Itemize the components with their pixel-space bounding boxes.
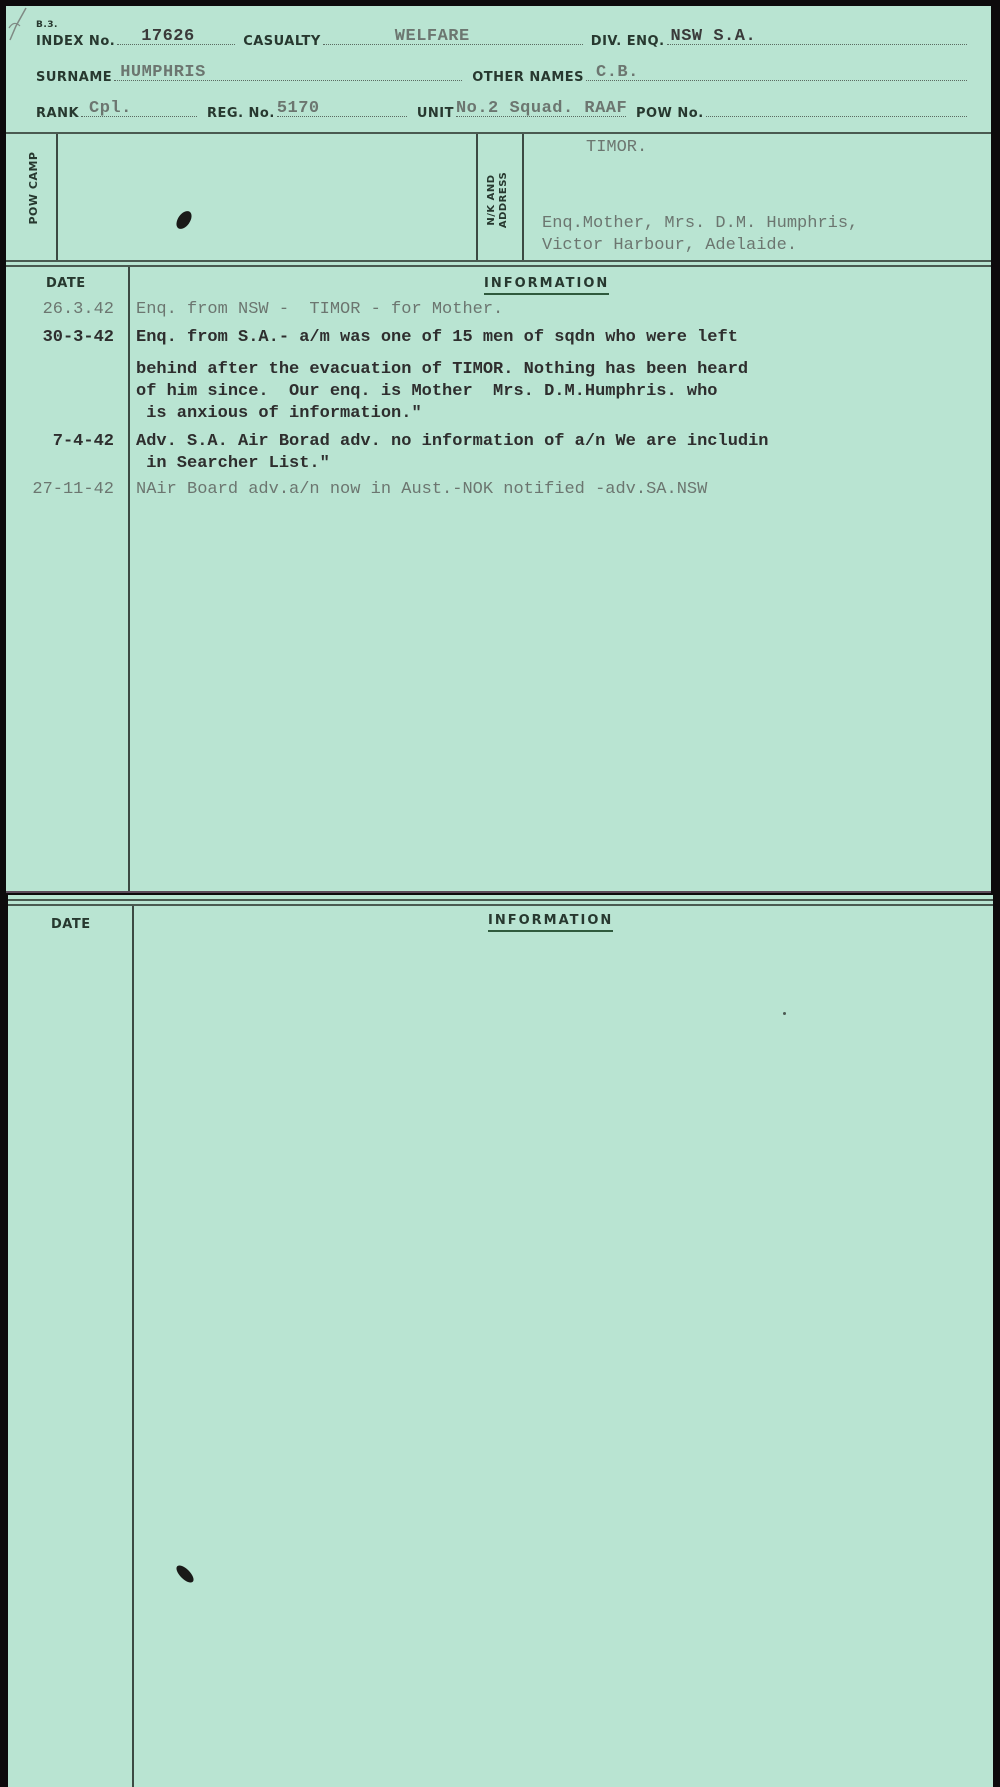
entry-text: in Searcher List."	[136, 454, 330, 473]
rank-field: Cpl.	[81, 102, 197, 117]
reg-no-label: REG. No.	[207, 106, 275, 121]
nk-address-line: TIMOR.	[586, 138, 647, 157]
casualty-label: CASUALTY	[243, 34, 321, 49]
nk-address-line: Victor Harbour, Adelaide.	[542, 236, 797, 255]
casualty-value: WELFARE	[395, 27, 470, 46]
other-names-label: OTHER NAMES	[472, 70, 584, 85]
entry-text: Adv. S.A. Air Borad adv. no information …	[136, 432, 769, 451]
ink-blot	[174, 1563, 197, 1586]
entry-text: is anxious of information."	[136, 404, 422, 423]
index-no-value: 17626	[141, 27, 195, 46]
rank-value: Cpl.	[89, 99, 132, 118]
other-names-value: C.B.	[596, 63, 639, 82]
entry-date: 27-11-42	[6, 480, 114, 499]
casualty-field: WELFARE	[323, 30, 583, 45]
pow-no-label: POW No.	[636, 106, 704, 121]
form-code: B.3.	[36, 20, 58, 30]
divider	[6, 265, 991, 267]
pencil-check-mark	[6, 6, 36, 46]
entry-text: Enq. from S.A.- a/m was one of 15 men of…	[136, 328, 738, 347]
speck	[783, 1012, 786, 1015]
surname-value: HUMPHRIS	[120, 63, 206, 82]
reg-no-field: 5170	[277, 102, 407, 117]
divider	[8, 899, 993, 901]
div-enq-label: DIV. ENQ.	[591, 34, 665, 49]
row-surname-othernames: SURNAME HUMPHRIS OTHER NAMES C.B.	[36, 66, 969, 90]
date-header: DATE	[46, 276, 86, 291]
surname-field: HUMPHRIS	[114, 66, 462, 81]
information-header: INFORMATION	[488, 913, 613, 932]
entry-date: 26.3.42	[6, 300, 114, 319]
entry-text: Enq. from NSW - TIMOR - for Mother.	[136, 300, 503, 319]
divider	[476, 134, 478, 260]
div-enq-value: NSW S.A.	[671, 27, 757, 46]
div-enq-field: NSW S.A.	[667, 30, 967, 45]
entry-text: behind after the evacuation of TIMOR. No…	[136, 360, 748, 379]
unit-label: UNIT	[417, 106, 454, 121]
index-no-label: INDEX No.	[36, 34, 115, 49]
pow-no-field	[706, 102, 967, 117]
date-column-divider	[128, 267, 130, 891]
entry-date: 30-3-42	[6, 328, 114, 347]
rank-label: RANK	[36, 106, 79, 121]
index-no-field: 17626	[117, 30, 235, 45]
reg-no-value: 5170	[277, 99, 320, 118]
pow-camp-label: POW CAMP	[28, 138, 40, 238]
row-index-casualty-div: INDEX No. 17626 CASUALTY WELFARE DIV. EN…	[36, 30, 969, 54]
divider	[8, 904, 993, 906]
index-card-back: DATE INFORMATION	[8, 895, 993, 1787]
nk-address-label-line1: N/K AND	[486, 160, 498, 240]
surname-label: SURNAME	[36, 70, 112, 85]
nk-address-label: N/K AND ADDRESS	[486, 160, 510, 240]
other-names-field: C.B.	[586, 66, 967, 81]
entry-text: NAir Board adv.a/n now in Aust.-NOK noti…	[136, 480, 707, 499]
nk-address-label-line2: ADDRESS	[498, 160, 510, 240]
divider	[6, 260, 991, 262]
nk-address-line: Enq.Mother, Mrs. D.M. Humphris,	[542, 214, 858, 233]
date-header: DATE	[51, 917, 91, 932]
index-card-front: B.3. INDEX No. 17626 CASUALTY WELFARE DI…	[6, 6, 991, 893]
date-column-divider	[132, 906, 134, 1787]
entry-date: 7-4-42	[6, 432, 114, 451]
entry-text: of him since. Our enq. is Mother Mrs. D.…	[136, 382, 718, 401]
unit-field: No.2 Squad. RAAF	[456, 102, 626, 117]
row-rank-reg-unit-pow: RANK Cpl. REG. No. 5170 UNIT No.2 Squad.…	[36, 102, 969, 126]
unit-value: No.2 Squad. RAAF	[456, 99, 627, 118]
divider	[522, 134, 524, 260]
pow-camp-field	[58, 134, 476, 260]
information-header: INFORMATION	[484, 276, 609, 295]
